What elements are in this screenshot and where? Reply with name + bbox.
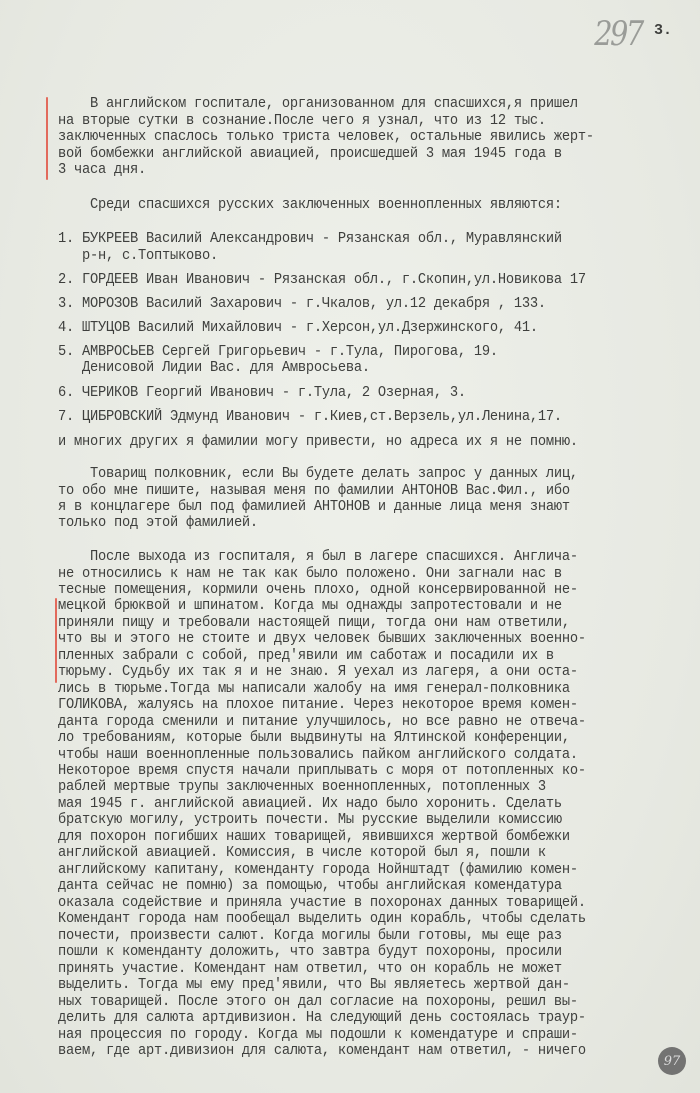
text-line: английскому капитану, коменданту города … [58,862,578,878]
text-line: братскую могилу, устроить почести. Мы ру… [58,812,562,828]
text-line: и многих других я фамилии могу привести,… [58,434,578,450]
text-line: После выхода из госпиталя, я был в лагер… [58,549,578,565]
text-line: ГОЛИКОВА, жалуясь на плохое питание. Чер… [58,697,578,713]
text-line: не относились к нам не так как было поло… [58,566,562,582]
text-line: выделить. Тогда мы ему пред'явили, что В… [58,977,570,993]
text-line: я в концлагере был под фамилией АНТОНОВ … [58,499,570,515]
text-line: чтобы наши военнопленные пользовались па… [58,747,578,763]
text-line: вой бомбежки английской авиацией, происш… [58,146,562,162]
red-margin-mark [55,598,57,683]
text-line: 6. ЧЕРИКОВ Георгий Иванович - г.Тула, 2 … [58,385,466,401]
text-line: данта сейчас не помню) за помощью, чтобы… [58,878,562,894]
text-line: 2. ГОРДЕЕВ Иван Иванович - Рязанская обл… [58,272,586,288]
text-line: Среди спасшихся русских заключенных воен… [58,197,562,213]
text-line: пленных забрали с собой, пред'явили им с… [58,648,554,664]
text-line: тюрьму. Судьбу их так я и не знаю. Я уех… [58,664,578,680]
text-line: В английском госпитале, организованном д… [58,96,578,112]
text-line: Некоторое время спустя начали приплывать… [58,763,586,779]
document-page: 297 3. В английском госпитале, организов… [0,0,700,1093]
text-line: лись в тюрьме.Тогда мы написали жалобу н… [58,681,570,697]
text-line: оказала содействие и приняла участие в п… [58,895,586,911]
text-line: английской авиацией. Комиссия, в числе к… [58,845,546,861]
text-line: 3 часа дня. [58,162,146,178]
text-line: для похорон погибших наших товарищей, яв… [58,829,570,845]
text-line: Товарищ полковник, если Вы будете делать… [58,466,578,482]
text-line: тесные помещения, кормили очень плохо, о… [58,582,578,598]
text-line: принять участие. Комендант нам ответил, … [58,961,562,977]
sheet-number: 3. [654,22,672,39]
text-line: 4. ШТУЦОВ Василий Михайлович - г.Херсон,… [58,320,538,336]
text-line: ных товарищей. После этого он дал соглас… [58,994,578,1010]
text-line: мая 1945 г. английской авиацией. Их надо… [58,796,562,812]
text-line: только под этой фамилией. [58,515,258,531]
text-line: заключенных спаслось только триста челов… [58,129,594,145]
text-line: делить для салюта артдивизион. На следую… [58,1010,586,1026]
text-line: пошли к коменданту доложить, что завтра … [58,944,562,960]
text-line: мецкой брюквой и шпинатом. Когда мы одна… [58,598,562,614]
text-line: Денисовой Лидии Вас. для Амвросьева. [58,360,370,376]
text-line: 5. АМВРОСЬЕВ Сергей Григорьевич - г.Тула… [58,344,498,360]
text-line: 1. БУКРЕЕВ Василий Александрович - Рязан… [58,231,562,247]
text-line: ная процессия по городу. Когда мы подошл… [58,1027,578,1043]
red-margin-mark [46,97,48,180]
text-line: р-н, с.Топтыково. [58,248,218,264]
handwritten-folio-number: 297 [594,14,642,54]
text-line: раблей мертвые трупы заключенных военноп… [58,779,546,795]
text-line: 7. ЦИБРОВСКИЙ Эдмунд Иванович - г.Киев,с… [58,409,562,425]
text-line: Комендант города нам пообещал выделить о… [58,911,586,927]
text-line: данта города сменили и питание улучшилос… [58,714,586,730]
text-line: на вторые сутки в сознание.После чего я … [58,113,546,129]
text-line: ло требованиям, которые были выдвинуты н… [58,730,570,746]
watermark-text: 97 [664,1054,681,1069]
archive-stamp-icon: 97 [658,1047,686,1075]
text-line: то обо мне пишите, называя меня по фамил… [58,483,570,499]
text-line: что вы и этого не стоите и двух человек … [58,631,586,647]
text-line: почести, произвести салют. Когда могилы … [58,928,562,944]
text-line: приняли пищу и требовали настоящей пищи,… [58,615,570,631]
text-line: 3. МОРОЗОВ Василий Захарович - г.Чкалов,… [58,296,546,312]
text-line: ваем, где арт.дивизион для салюта, комен… [58,1043,586,1059]
